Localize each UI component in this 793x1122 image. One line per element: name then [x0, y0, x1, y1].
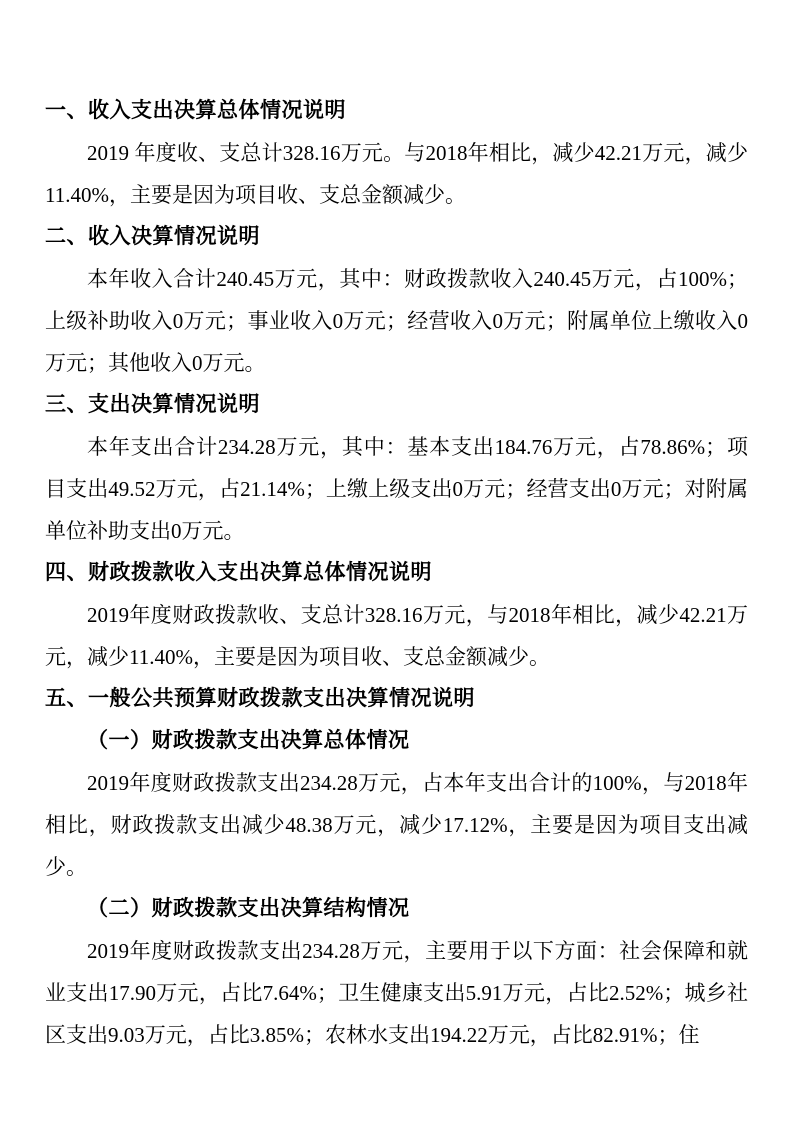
document-page: 一、收入支出决算总体情况说明 2019 年度收、支总计328.16万元。与201… [0, 0, 793, 1122]
section-2-heading: 二、收入决算情况说明 [45, 216, 748, 258]
section-5-heading: 五、一般公共预算财政拨款支出决算情况说明 [45, 678, 748, 720]
section-3-paragraph: 本年支出合计234.28万元，其中：基本支出184.76万元，占78.86%；项… [45, 426, 748, 552]
section-1-heading: 一、收入支出决算总体情况说明 [45, 90, 748, 132]
section-5-subsection-1-heading: （一）财政拨款支出决算总体情况 [45, 720, 748, 762]
section-2-paragraph: 本年收入合计240.45万元，其中：财政拨款收入240.45万元，占100%；上… [45, 258, 748, 384]
section-5-subsection-1-paragraph: 2019年度财政拨款支出234.28万元，占本年支出合计的100%，与2018年… [45, 762, 748, 888]
section-4-heading: 四、财政拨款收入支出决算总体情况说明 [45, 552, 748, 594]
section-3-heading: 三、支出决算情况说明 [45, 384, 748, 426]
section-5-subsection-2-paragraph: 2019年度财政拨款支出234.28万元，主要用于以下方面：社会保障和就业支出1… [45, 930, 748, 1056]
section-4-paragraph: 2019年度财政拨款收、支总计328.16万元，与2018年相比，减少42.21… [45, 594, 748, 678]
section-5-subsection-2-heading: （二）财政拨款支出决算结构情况 [45, 888, 748, 930]
section-1-paragraph: 2019 年度收、支总计328.16万元。与2018年相比，减少42.21万元，… [45, 132, 748, 216]
